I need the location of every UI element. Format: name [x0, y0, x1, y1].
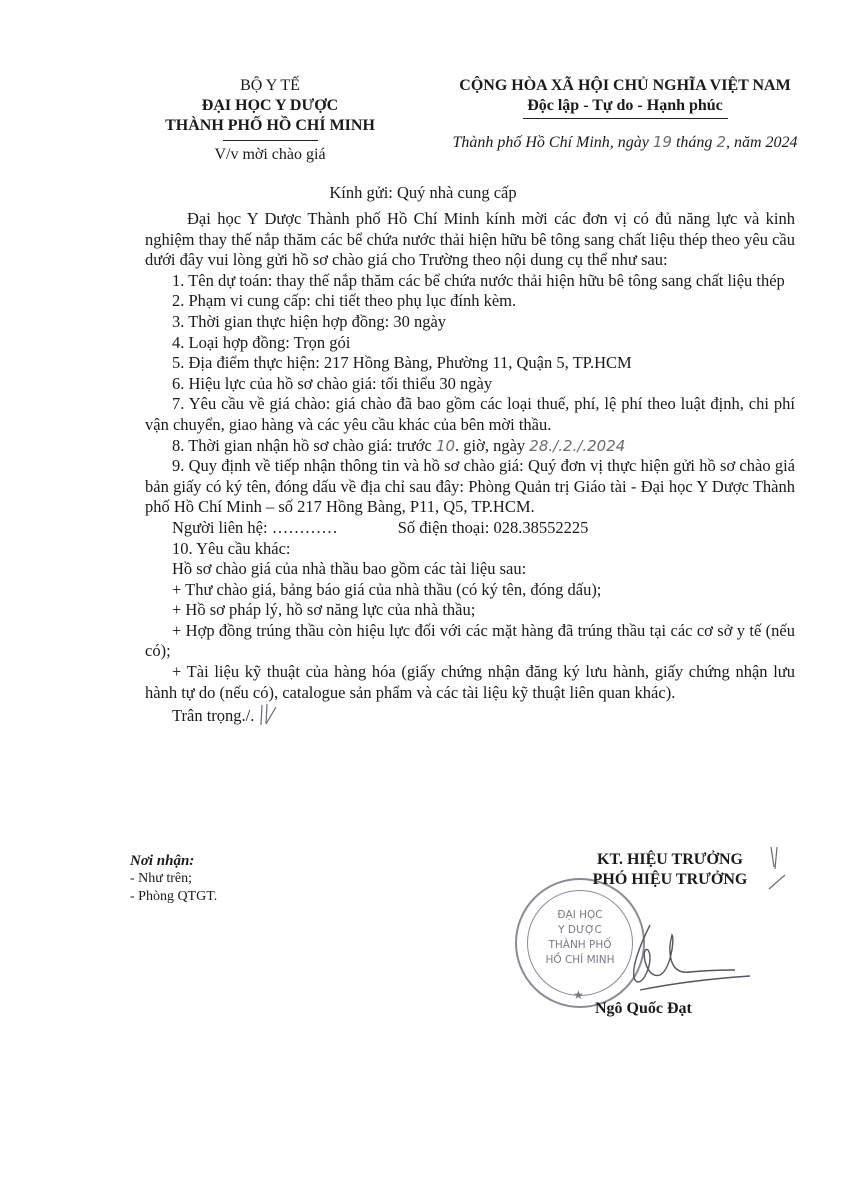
item-5: 5. Địa điểm thực hiện: 217 Hồng Bàng, Ph…: [145, 353, 795, 374]
item-10-b: + Hồ sơ pháp lý, hồ sơ năng lực của nhà …: [145, 600, 795, 621]
header-divider: [223, 140, 318, 141]
item-10-d: + Tài liệu kỹ thuật của hàng hóa (giấy c…: [145, 662, 795, 703]
university-name-line2: THÀNH PHỐ HỒ CHÍ MINH: [130, 116, 410, 136]
item-10-c: + Hợp đồng trúng thầu còn hiệu lực đối v…: [145, 621, 795, 662]
initials-mark-icon: [258, 703, 280, 727]
item-2: 2. Phạm vi cung cấp: chi tiết theo phụ l…: [145, 291, 795, 312]
motto-underline: [523, 118, 728, 119]
star-icon: ★: [573, 988, 584, 1003]
nation-name: CỘNG HÒA XÃ HỘI CHỦ NGHĨA VIỆT NAM: [425, 76, 825, 96]
year-label: năm 2024: [734, 134, 798, 151]
item-10: 10. Yêu cầu khác:: [145, 539, 795, 560]
item-9: 9. Quy định về tiếp nhận thông tin và hồ…: [145, 456, 795, 518]
recipients-title: Nơi nhận:: [130, 852, 217, 870]
greeting: Kính gửi: Quý nhà cung cấp: [0, 183, 846, 203]
item-10-a: + Thư chào giá, bảng báo giá của nhà thầ…: [145, 580, 795, 601]
month-label: tháng: [676, 134, 712, 151]
contact-line: Người liên hệ: …………Số điện thoại: 028.38…: [145, 518, 795, 539]
initials-mark-icon: [765, 845, 789, 895]
contact-phone: Số điện thoại: 028.38552225: [398, 518, 589, 537]
date-prefix: Thành phố Hồ Chí Minh, ngày: [452, 134, 648, 151]
closing: Trân trọng./.: [145, 703, 795, 727]
recipients-block: Nơi nhận: - Như trên; - Phòng QTGT.: [130, 852, 217, 906]
handwritten-month: 2: [716, 133, 726, 151]
item-7: 7. Yêu cầu về giá chào: giá chào đã bao …: [145, 394, 795, 435]
recipient-item: - Như trên;: [130, 870, 217, 888]
national-motto: Độc lập - Tự do - Hạnh phúc: [425, 96, 825, 116]
item-8: 8. Thời gian nhận hồ sơ chào giá: trước …: [145, 436, 795, 457]
intro-paragraph: Đại học Y Dược Thành phố Hồ Chí Minh kín…: [145, 209, 795, 271]
signature-block: KT. HIỆU TRƯỞNG PHÓ HIỆU TRƯỞNG: [545, 850, 795, 890]
issuer-block: BỘ Y TẾ ĐẠI HỌC Y DƯỢC THÀNH PHỐ HỒ CHÍ …: [130, 76, 410, 165]
handwritten-signature: [610, 920, 760, 1000]
item-4: 4. Loại hợp đồng: Trọn gói: [145, 333, 795, 354]
letter-body: Đại học Y Dược Thành phố Hồ Chí Minh kín…: [145, 209, 795, 727]
signer-name: Ngô Quốc Đạt: [595, 1000, 692, 1018]
signer-title-2: PHÓ HIỆU TRƯỞNG: [545, 870, 795, 890]
document-subject: V/v mời chào giá: [130, 145, 410, 165]
date-line: Thành phố Hồ Chí Minh, ngày 19 tháng 2, …: [425, 133, 825, 152]
handwritten-day: 19: [653, 133, 672, 151]
item-10-intro: Hồ sơ chào giá của nhà thầu bao gồm các …: [145, 559, 795, 580]
ministry-name: BỘ Y TẾ: [130, 76, 410, 96]
item-8-label: 8. Thời gian nhận hồ sơ chào giá: trước: [172, 436, 432, 455]
national-header: CỘNG HÒA XÃ HỘI CHỦ NGHĨA VIỆT NAM Độc l…: [425, 76, 825, 119]
signer-title-1: KT. HIỆU TRƯỞNG: [545, 850, 795, 870]
handwritten-deadline-hour: 10: [436, 437, 455, 455]
item-1: 1. Tên dự toán: thay thế nắp thăm các bể…: [145, 271, 795, 292]
recipient-item: - Phòng QTGT.: [130, 888, 217, 906]
item-6: 6. Hiệu lực của hồ sơ chào giá: tối thiể…: [145, 374, 795, 395]
contact-person: Người liên hệ: …………: [172, 518, 338, 537]
item-8-mid: . giờ, ngày: [455, 436, 525, 455]
university-name-line1: ĐẠI HỌC Y DƯỢC: [130, 96, 410, 116]
handwritten-deadline-date: 28./.2./.2024: [529, 437, 625, 455]
item-3: 3. Thời gian thực hiện hợp đồng: 30 ngày: [145, 312, 795, 333]
closing-text: Trân trọng./.: [172, 706, 254, 725]
